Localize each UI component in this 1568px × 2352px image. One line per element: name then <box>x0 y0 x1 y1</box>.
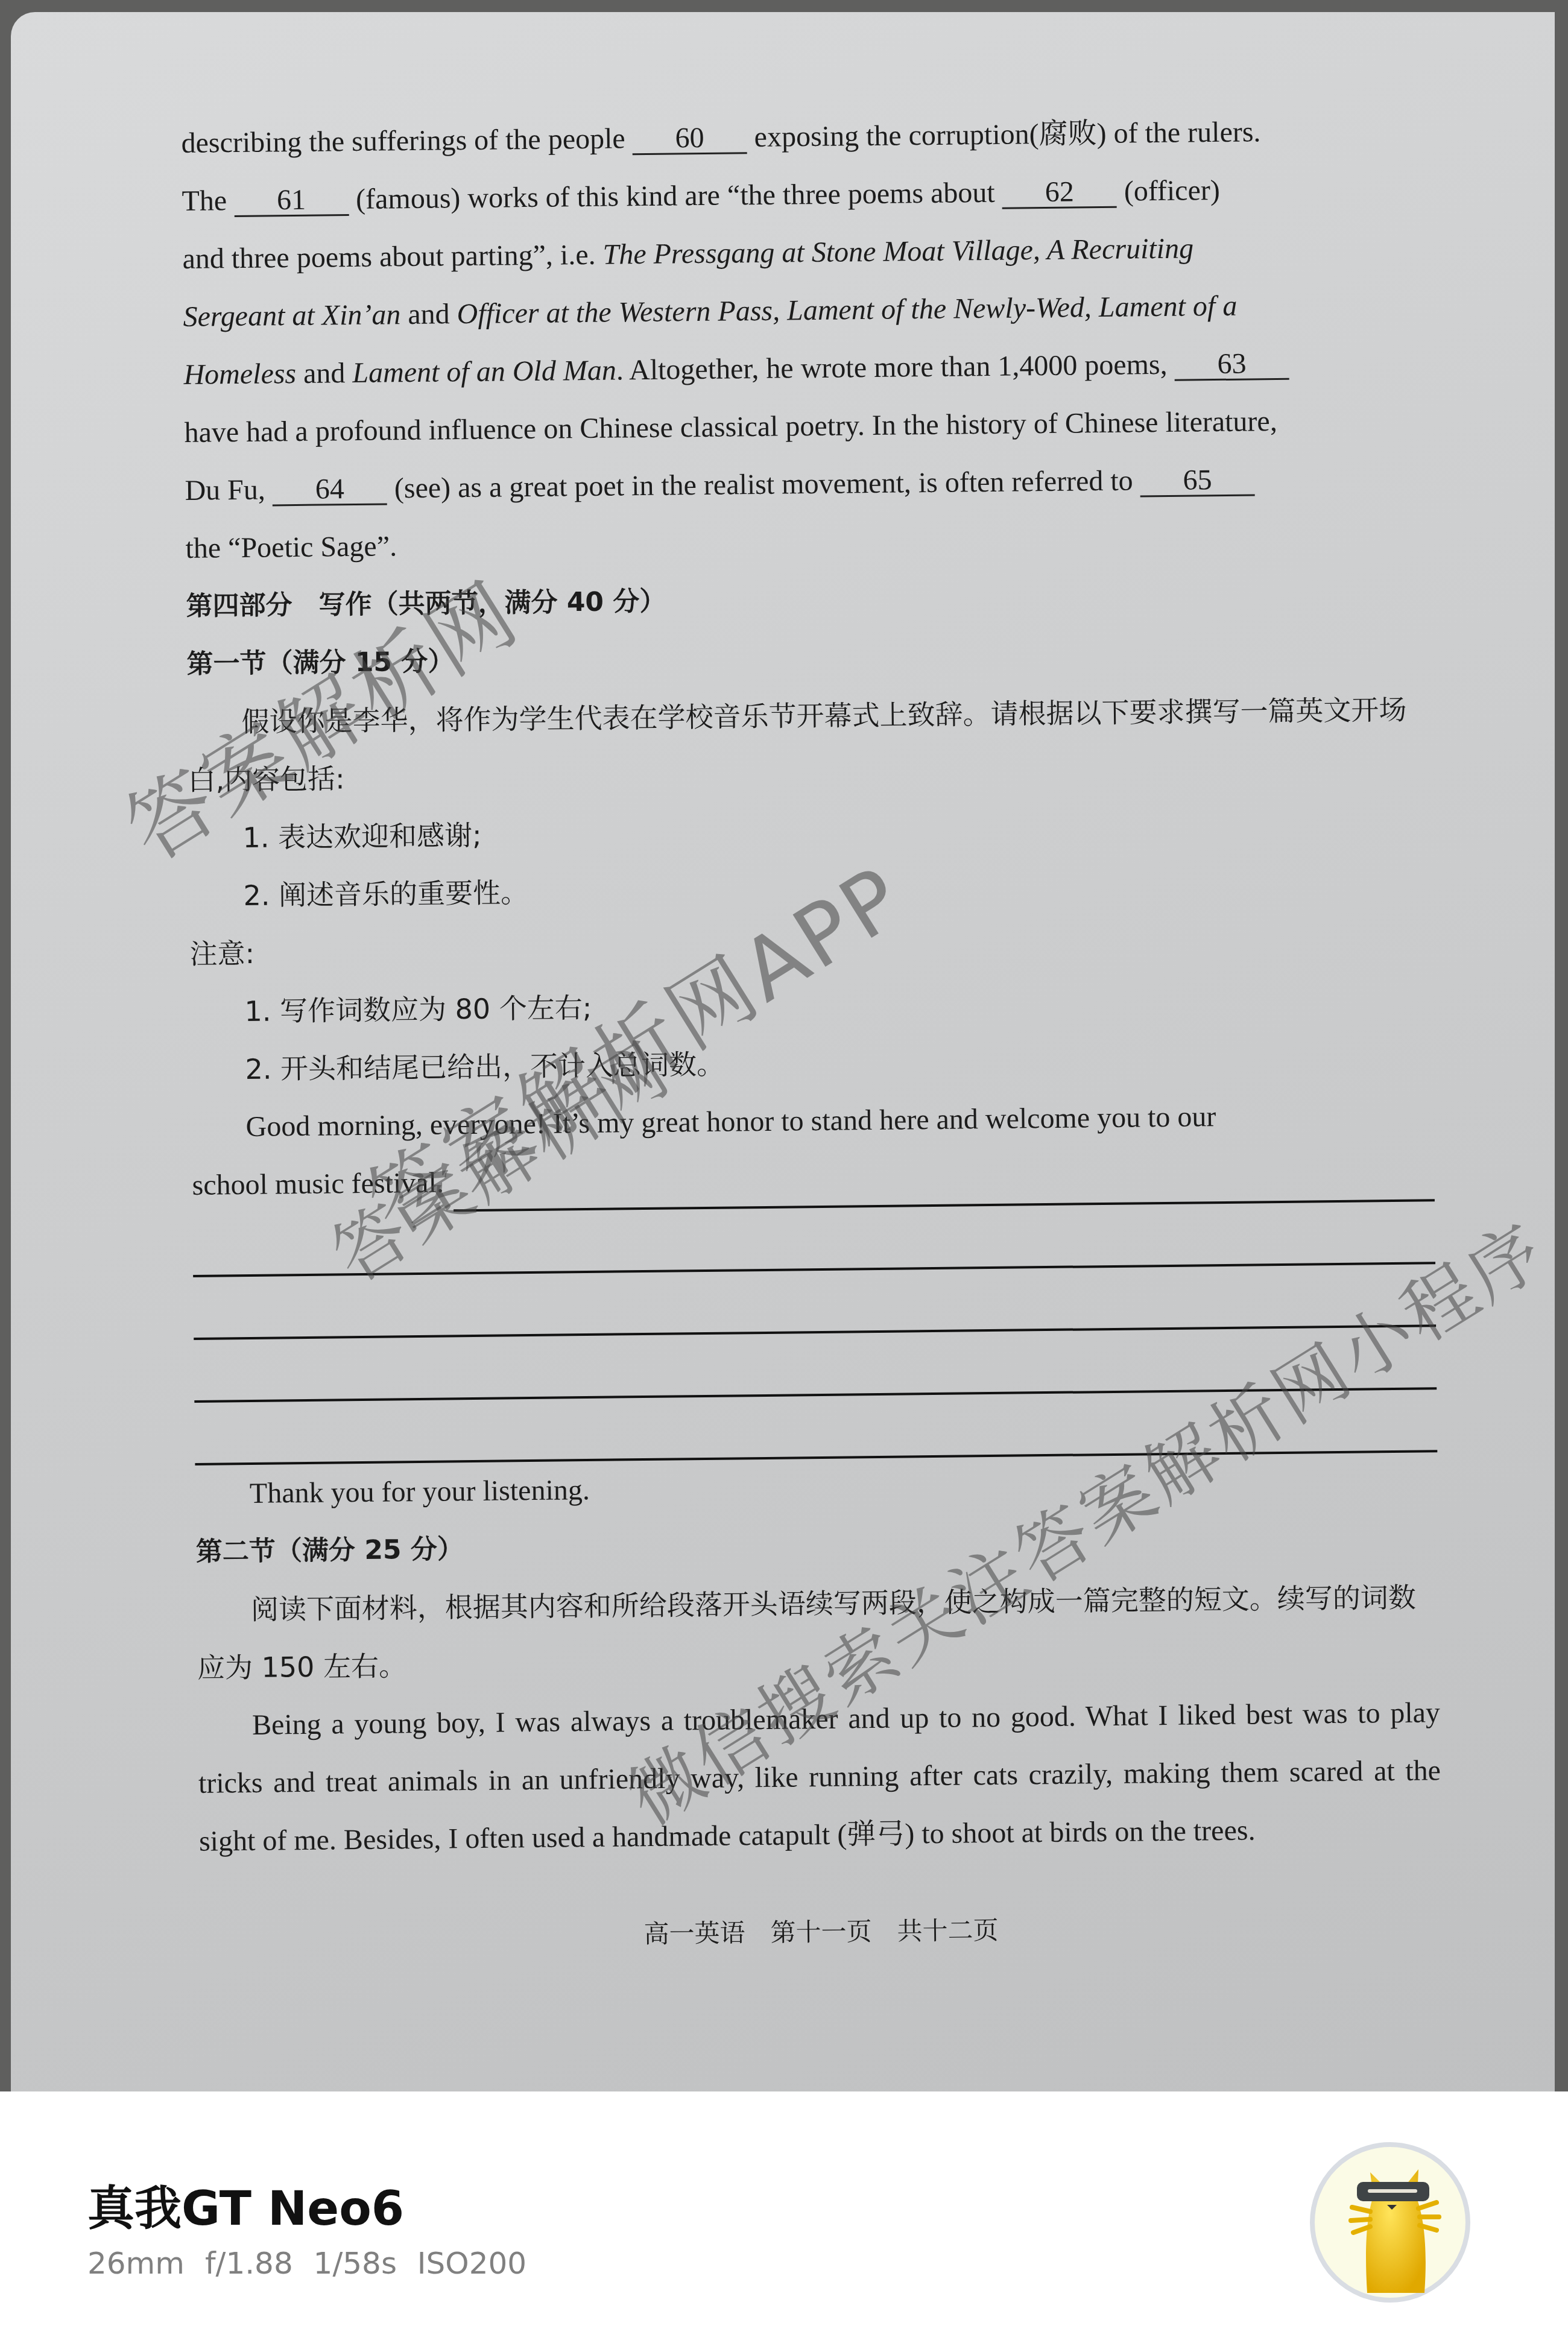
section2-prompt: 阅读下面材料，根据其内容和所给段落开头语续写两段，使之构成一篇完整的短文。续写的… <box>196 1568 1440 1697</box>
exam-content: describing the sufferings of the people … <box>181 101 1443 1955</box>
blank-62: 62 <box>1002 177 1118 209</box>
blank-61: 61 <box>234 185 349 217</box>
section1-prompt: 假设你是李华，将作为学生代表在学校音乐节开幕式上致辞。请根据以下要求撰写一篇英文… <box>187 680 1430 809</box>
story-paragraph: Being a young boy, I was always a troubl… <box>197 1684 1441 1871</box>
exif-info: 26mm f/1.88 1/58s ISO200 <box>87 2246 526 2281</box>
blank-64: 64 <box>273 474 388 506</box>
blank-65: 65 <box>1140 465 1255 497</box>
yellow-cat-vr-mascot-icon <box>1310 2142 1470 2303</box>
blank-60: 60 <box>632 123 747 155</box>
photo: describing the sufferings of the people … <box>0 0 1568 2091</box>
device-name: 真我GT Neo6 <box>87 2171 404 2239</box>
blank-63: 63 <box>1174 349 1289 381</box>
